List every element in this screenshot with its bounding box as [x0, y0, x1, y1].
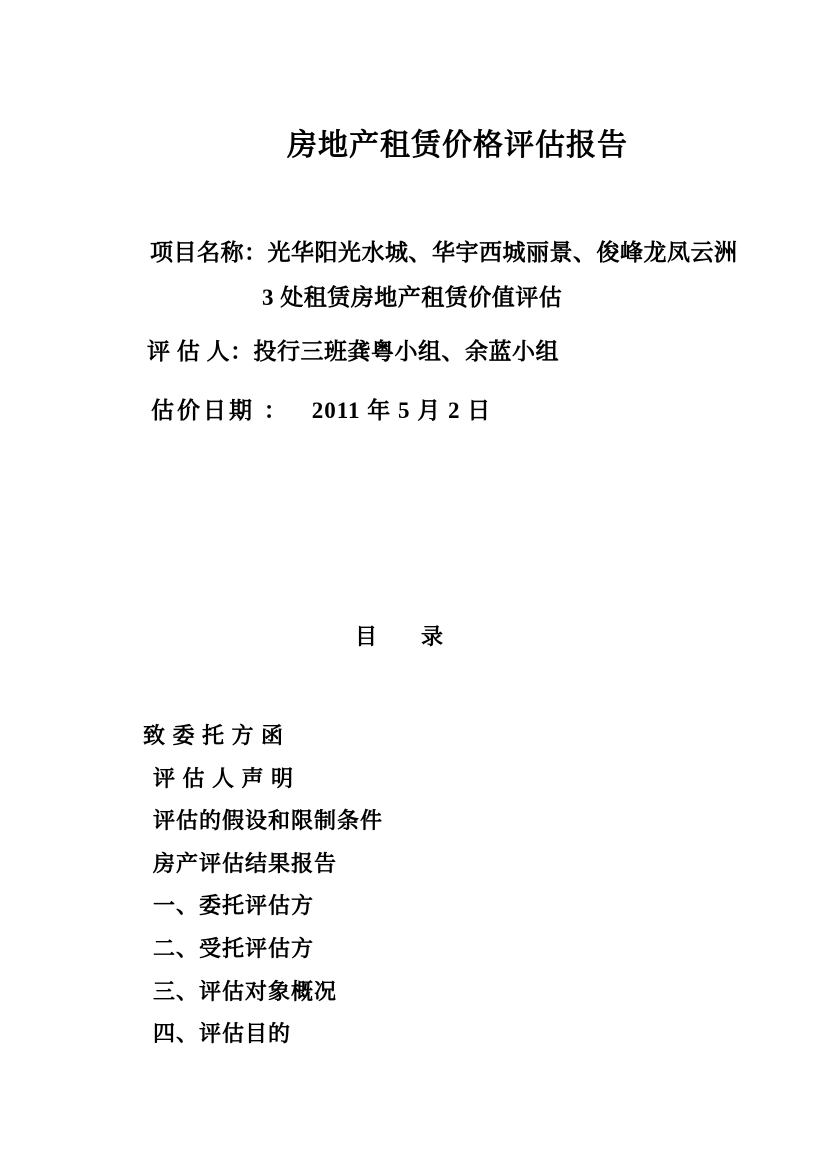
toc-item-assessor-statement: 评 估 人 声 明 [143, 758, 383, 801]
toc-item-purpose: 四、评估目的 [143, 1013, 383, 1056]
project-name-line2: 3 处租赁房地产租赁价值评估 [262, 284, 562, 312]
assessor-value: 投行三班龚粤小组、余蓝小组 [254, 339, 560, 364]
toc-item-subject-overview: 三、评估对象概况 [143, 971, 383, 1014]
project-name-label: 项目名称： [150, 240, 268, 265]
valuation-date-line: 估价日期 ：2011 年 5 月 2 日 [151, 397, 491, 425]
valuation-date-label: 估价日期 ： [151, 398, 290, 423]
assessor-line: 评 估 人：投行三班龚粤小组、余蓝小组 [147, 338, 559, 366]
project-name-value: 光华阳光水城、华宇西城丽景、俊峰龙凤云洲 [268, 240, 738, 265]
valuation-date-value: 2011 年 5 月 2 日 [312, 398, 491, 423]
assessor-label: 评 估 人： [147, 339, 254, 364]
toc-item-entrusted-party: 二、受托评估方 [143, 928, 383, 971]
toc-item-entrusting-party: 一、委托评估方 [143, 885, 383, 928]
toc-item-assumptions-limits: 评估的假设和限制条件 [143, 800, 383, 843]
document-title: 房地产租赁价格评估报告 [287, 128, 628, 164]
toc-item-letter-to-client: 致 委 托 方 函 [143, 715, 383, 758]
toc-item-result-report: 房产评估结果报告 [143, 843, 383, 886]
toc-list: 致 委 托 方 函 评 估 人 声 明 评估的假设和限制条件 房产评估结果报告 … [143, 715, 383, 1056]
project-name-line: 项目名称：光华阳光水城、华宇西城丽景、俊峰龙凤云洲 [150, 239, 738, 267]
document-page: 房地产租赁价格评估报告 项目名称：光华阳光水城、华宇西城丽景、俊峰龙凤云洲 3 … [0, 0, 827, 1169]
toc-heading: 目 录 [355, 624, 443, 650]
